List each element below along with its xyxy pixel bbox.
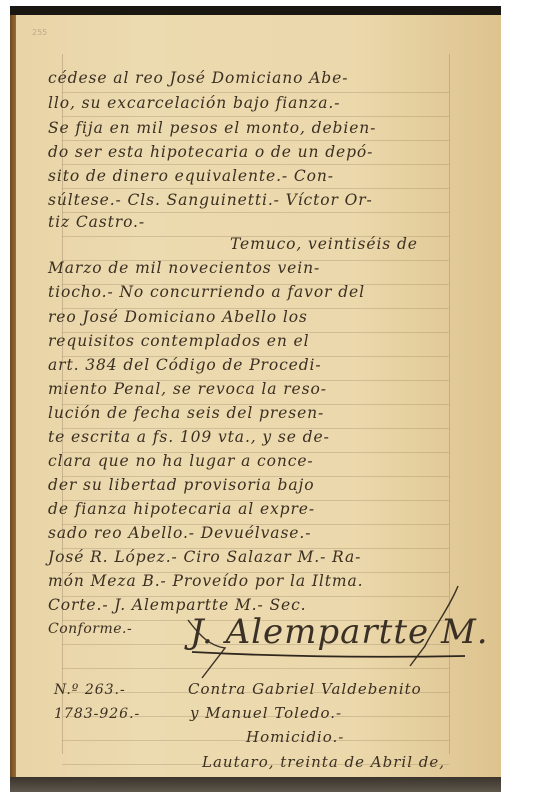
case-number: N.º 263.- [54, 682, 174, 698]
text-line: Se fija en mil pesos el monto, debien- [48, 118, 448, 138]
text-line: do ser esta hipotecaria o de un depó- [48, 142, 448, 162]
text-line: sado reo Abello.- Devuélvase.- [48, 523, 448, 543]
ruled-line [62, 164, 449, 165]
text-line: de fianza hipotecaria al expre- [48, 499, 448, 519]
text-line: súltese.- Cls. Sanguinetti.- Víctor Or- [48, 190, 448, 210]
page-spine-edge [10, 15, 16, 777]
case-crime: Homicidio.- [246, 728, 501, 746]
text-line: requisitos contemplados en el [48, 331, 448, 351]
text-line: lución de fecha seis del presen- [48, 403, 448, 423]
case-date-line: Lautaro, treinta de Abril de, [202, 753, 482, 771]
text-line: reo José Domiciano Abello los [48, 307, 448, 327]
ruled-line [62, 188, 449, 189]
text-line: tiocho.- No concurriendo a favor del [48, 282, 448, 302]
text-line: clara que no ha lugar a conce- [48, 451, 448, 471]
text-line: te escrita a fs. 109 vta., y se de- [48, 427, 448, 447]
case-parties-line2: y Manuel Toledo.- [190, 704, 470, 722]
text-line: Temuco, veintiséis de [230, 234, 455, 254]
text-line: Marzo de mil novecientos vein- [48, 258, 448, 278]
text-line: llo, su excarcelación bajo fianza.- [48, 93, 448, 113]
text-line: miento Penal, se revoca la reso- [48, 379, 448, 399]
folio-mark: 255 [32, 28, 47, 37]
ledger-photo: 255 cédese al reo José Domiciano Abe- ll… [10, 6, 501, 792]
text-line: tiz Castro.- [48, 212, 448, 232]
text-line: cédese al reo José Domiciano Abe- [48, 68, 448, 88]
ruled-line [62, 116, 449, 117]
text-line: José R. López.- Ciro Salazar M.- Ra- [48, 547, 448, 567]
text-line: món Meza B.- Proveído por la Iltma. [48, 571, 448, 591]
text-line: art. 384 del Código de Procedi- [48, 355, 448, 375]
text-line: sito de dinero equivalente.- Con- [48, 166, 448, 186]
case-file-number: 1783-926.- [54, 706, 174, 722]
signature: J. Alempartte M. [190, 612, 489, 652]
case-parties-line1: Contra Gabriel Valdebenito [188, 680, 468, 698]
ruled-line [62, 140, 449, 141]
text-line: der su libertad provisoria bajo [48, 475, 448, 495]
page-bottom-shadow [10, 777, 501, 792]
ruled-line [62, 668, 449, 669]
